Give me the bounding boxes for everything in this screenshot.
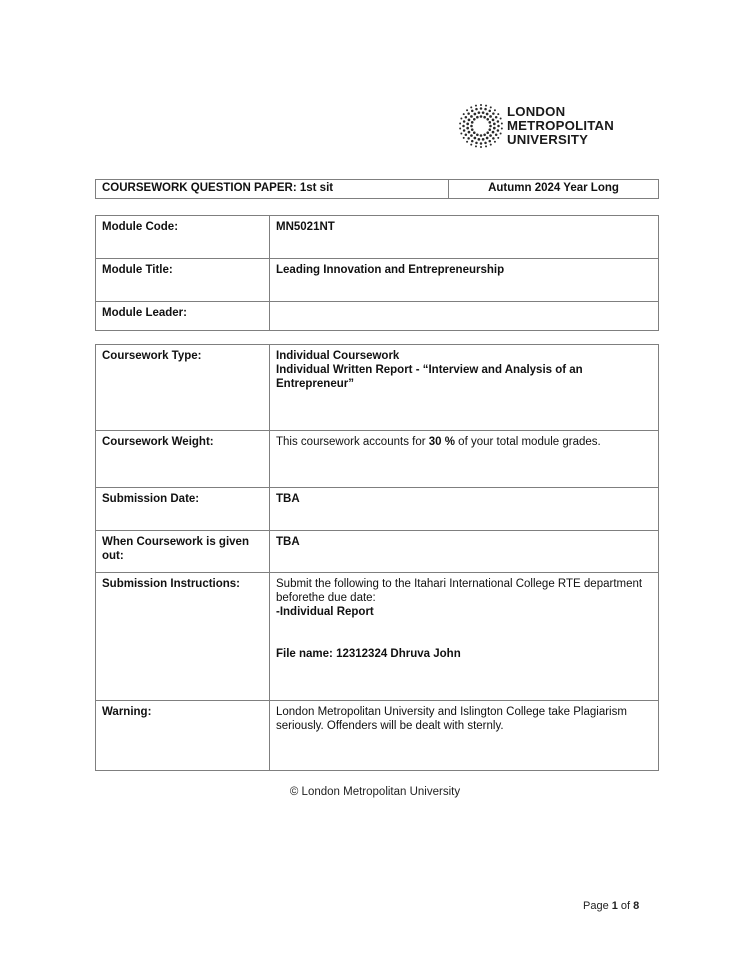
weight-prefix: This coursework accounts for bbox=[276, 436, 429, 448]
module-title-label: Module Title: bbox=[96, 259, 270, 302]
given-out-label: When Coursework is given out: bbox=[96, 531, 270, 573]
paper-type: COURSEWORK QUESTION PAPER: 1st sit bbox=[96, 180, 449, 199]
weight-percent: 30 % bbox=[429, 436, 455, 448]
coursework-type-label: Coursework Type: bbox=[96, 345, 270, 431]
warning-text: London Metropolitan University and Islin… bbox=[270, 701, 659, 771]
logo-wordmark: LONDON METROPOLITAN UNIVERSITY bbox=[507, 105, 614, 147]
page-prefix: Page bbox=[583, 900, 612, 912]
given-out-value: TBA bbox=[270, 531, 659, 573]
module-code-value: MN5021NT bbox=[270, 216, 659, 259]
logo-line: UNIVERSITY bbox=[507, 133, 614, 147]
module-title-value: Leading Innovation and Entrepreneurship bbox=[270, 259, 659, 302]
module-leader-label: Module Leader: bbox=[96, 302, 270, 331]
instructions-text: Submit the following to the Itahari Inte… bbox=[276, 577, 652, 605]
page-indicator: Page 1 of 8 bbox=[583, 900, 639, 912]
coursework-details-table: Coursework Type: Individual Coursework I… bbox=[95, 344, 659, 771]
module-info-table: Module Code: MN5021NT Module Title: Lead… bbox=[95, 215, 659, 331]
module-leader-value bbox=[270, 302, 659, 331]
coursework-type-value: Individual Coursework Individual Written… bbox=[270, 345, 659, 431]
copyright-notice: © London Metropolitan University bbox=[0, 786, 750, 798]
coursework-weight-label: Coursework Weight: bbox=[96, 431, 270, 488]
logo-line: LONDON bbox=[507, 105, 614, 119]
coursework-weight-value: This coursework accounts for 30 % of you… bbox=[270, 431, 659, 488]
instructions-filename: File name: 12312324 Dhruva John bbox=[276, 647, 652, 661]
module-code-label: Module Code: bbox=[96, 216, 270, 259]
page-of: of bbox=[618, 900, 633, 912]
coursework-type-line: Individual Written Report - “Interview a… bbox=[276, 363, 652, 391]
academic-session: Autumn 2024 Year Long bbox=[449, 180, 659, 199]
submission-instructions-label: Submission Instructions: bbox=[96, 573, 270, 701]
warning-label: Warning: bbox=[96, 701, 270, 771]
page-total: 8 bbox=[633, 900, 639, 912]
coursework-type-line: Individual Coursework bbox=[276, 349, 652, 363]
submission-instructions-value: Submit the following to the Itahari Inte… bbox=[270, 573, 659, 701]
weight-suffix: of your total module grades. bbox=[455, 436, 601, 448]
header-table: COURSEWORK QUESTION PAPER: 1st sit Autum… bbox=[95, 179, 659, 199]
logo-line: METROPOLITAN bbox=[507, 119, 614, 133]
instructions-item: -Individual Report bbox=[276, 605, 652, 619]
submission-date-label: Submission Date: bbox=[96, 488, 270, 531]
starburst-dots-logo-icon bbox=[458, 103, 504, 149]
university-logo: LONDON METROPOLITAN UNIVERSITY bbox=[458, 103, 633, 151]
submission-date-value: TBA bbox=[270, 488, 659, 531]
